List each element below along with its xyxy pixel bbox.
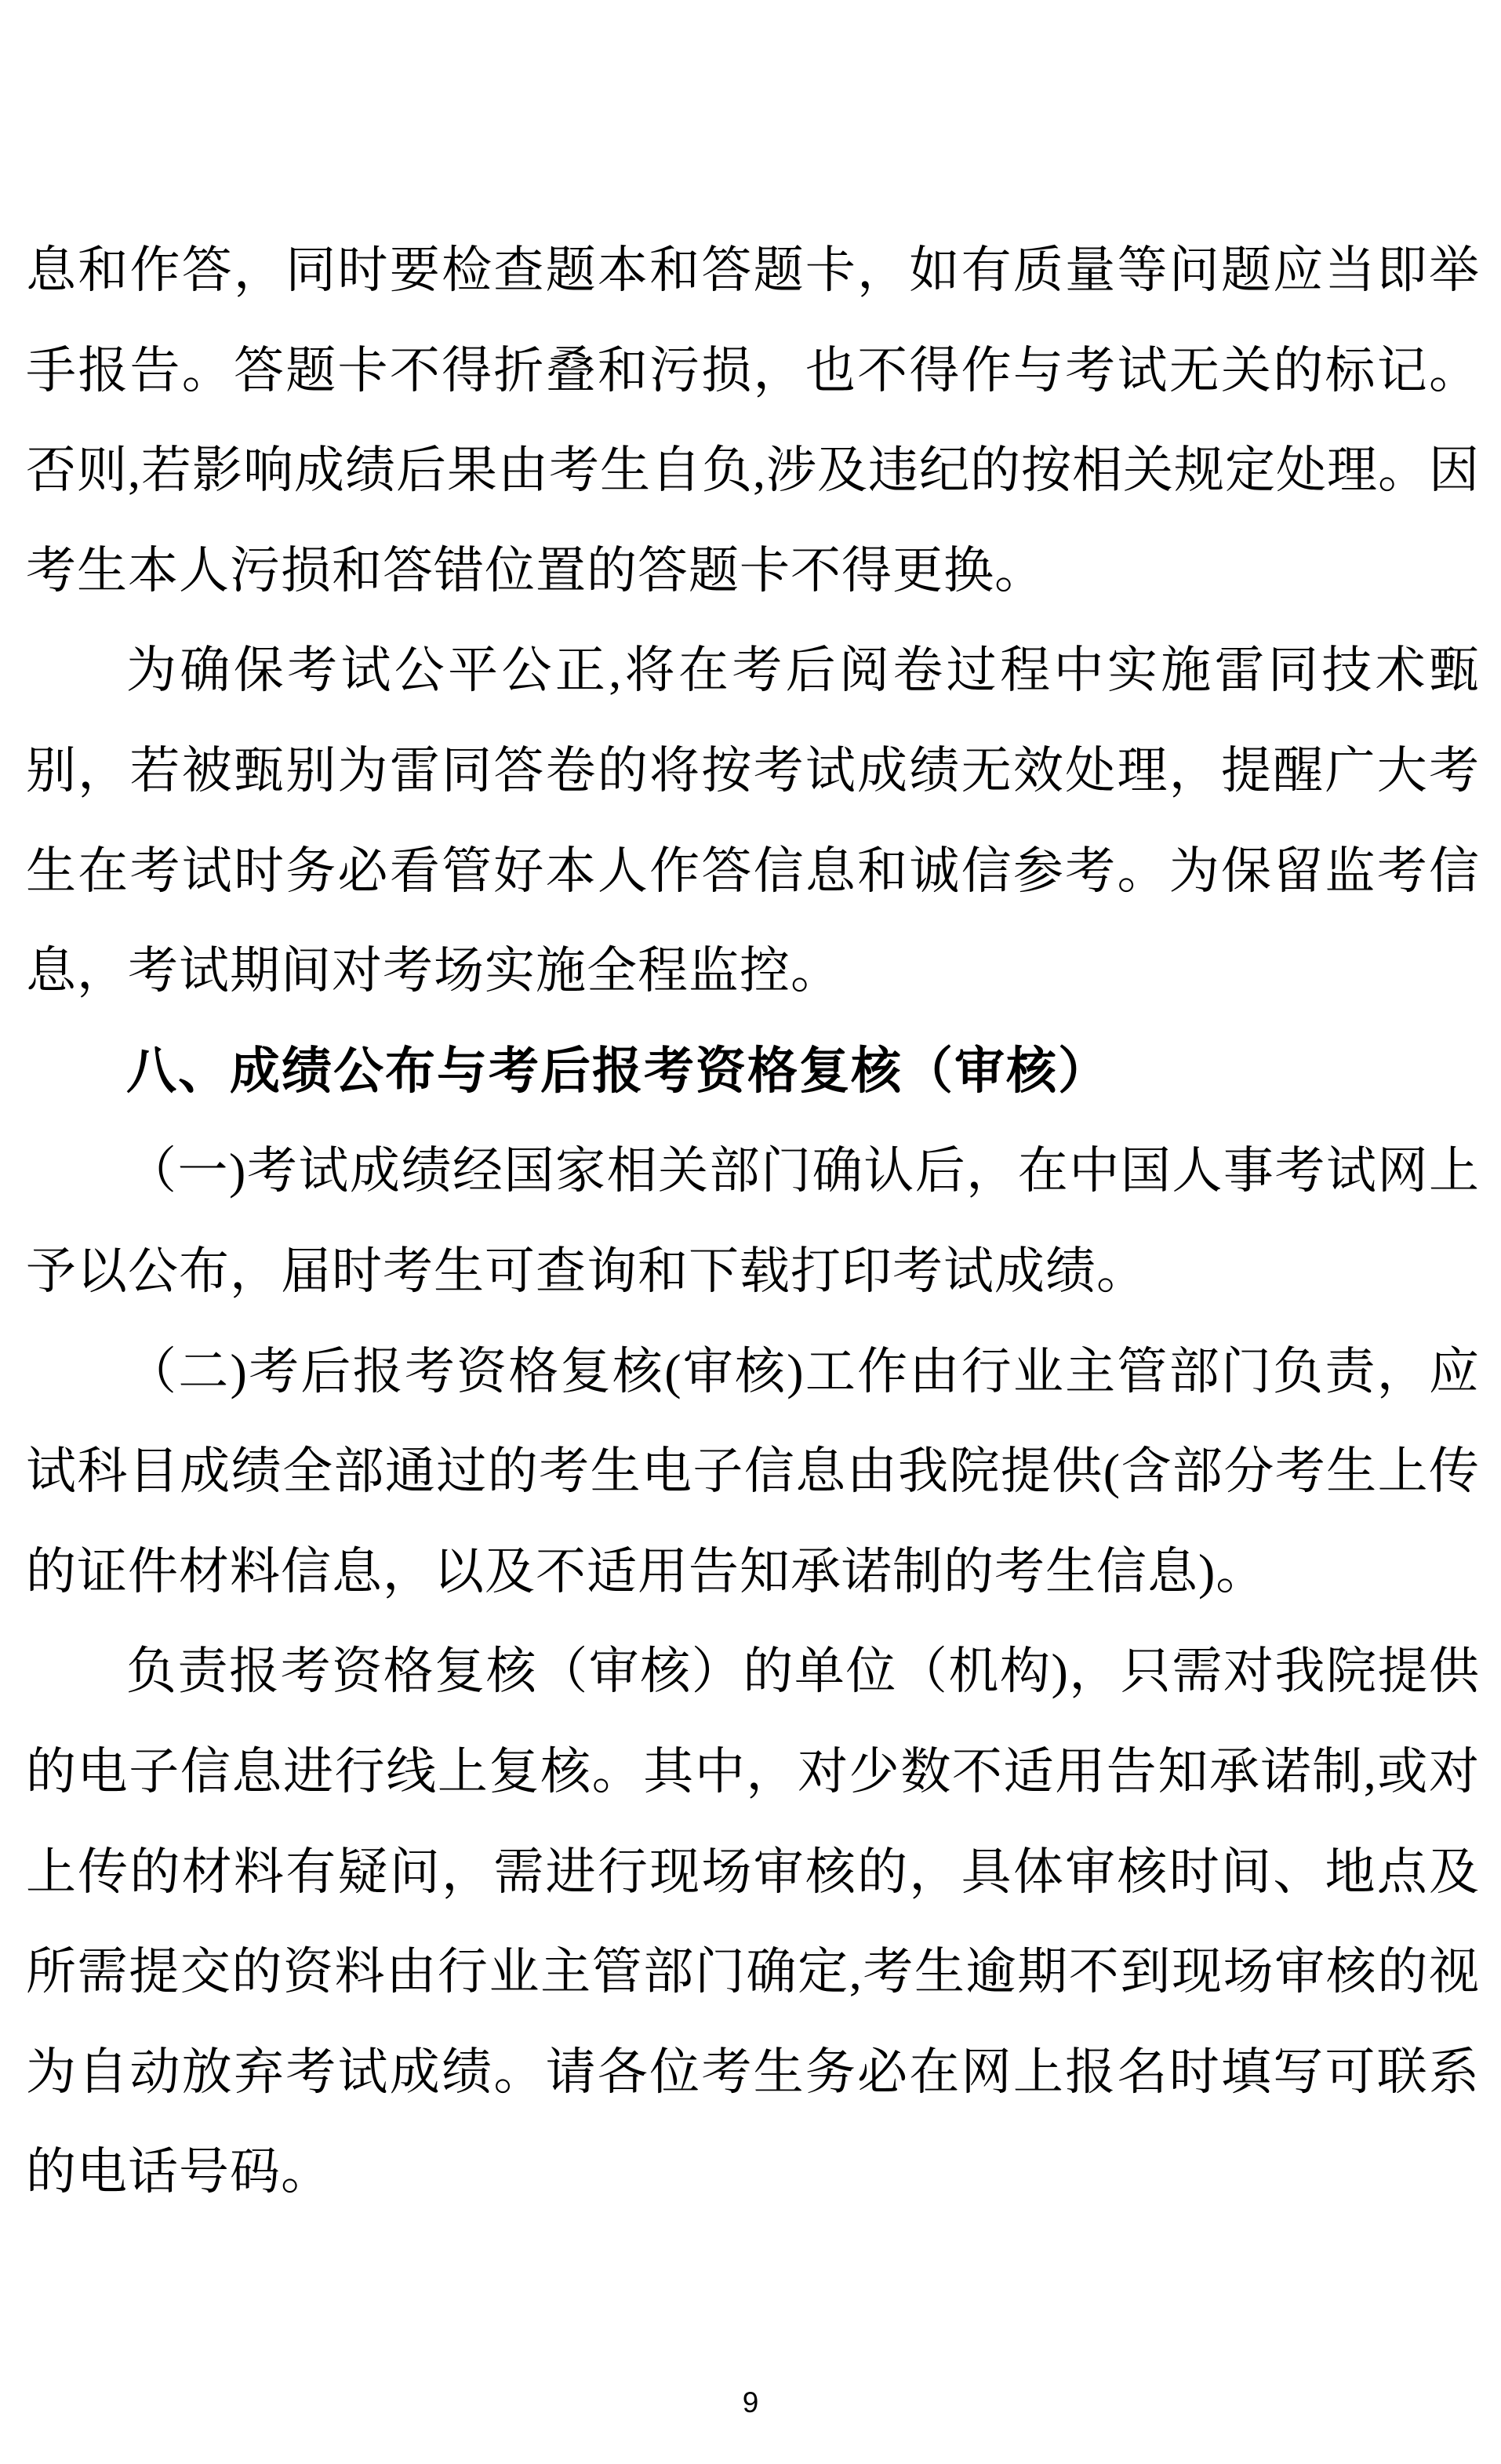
page-number: 9 — [0, 2379, 1501, 2426]
paragraph-qualification-review-responsibility: （二)考后报考资格复核(审核)工作由行业主管部门负责，应试科目成绩全部通过的考生… — [26, 1322, 1480, 1622]
document-page: 息和作答，同时要检查题本和答题卡，如有质量等问题应当即举手报告。答题卡不得折叠和… — [0, 0, 1501, 2464]
document-body: 息和作答，同时要检查题本和答题卡，如有质量等问题应当即举手报告。答题卡不得折叠和… — [26, 220, 1480, 2222]
paragraph-exam-answer-rules: 息和作答，同时要检查题本和答题卡，如有质量等问题应当即举手报告。答题卡不得折叠和… — [26, 220, 1480, 621]
paragraph-similarity-check: 为确保考试公平公正,将在考后阅卷过程中实施雷同技术甄别，若被甄别为雷同答卷的将按… — [26, 621, 1480, 1021]
section-heading-results-review: 八、成绩公布与考后报考资格复核（审核） — [26, 1021, 1480, 1122]
paragraph-score-publication: （一)考试成绩经国家相关部门确认后，在中国人事考试网上予以公布，届时考生可查询和… — [26, 1121, 1480, 1321]
paragraph-review-procedure: 负责报考资格复核（审核）的单位（机构)，只需对我院提供的电子信息进行线上复核。其… — [26, 1621, 1480, 2222]
